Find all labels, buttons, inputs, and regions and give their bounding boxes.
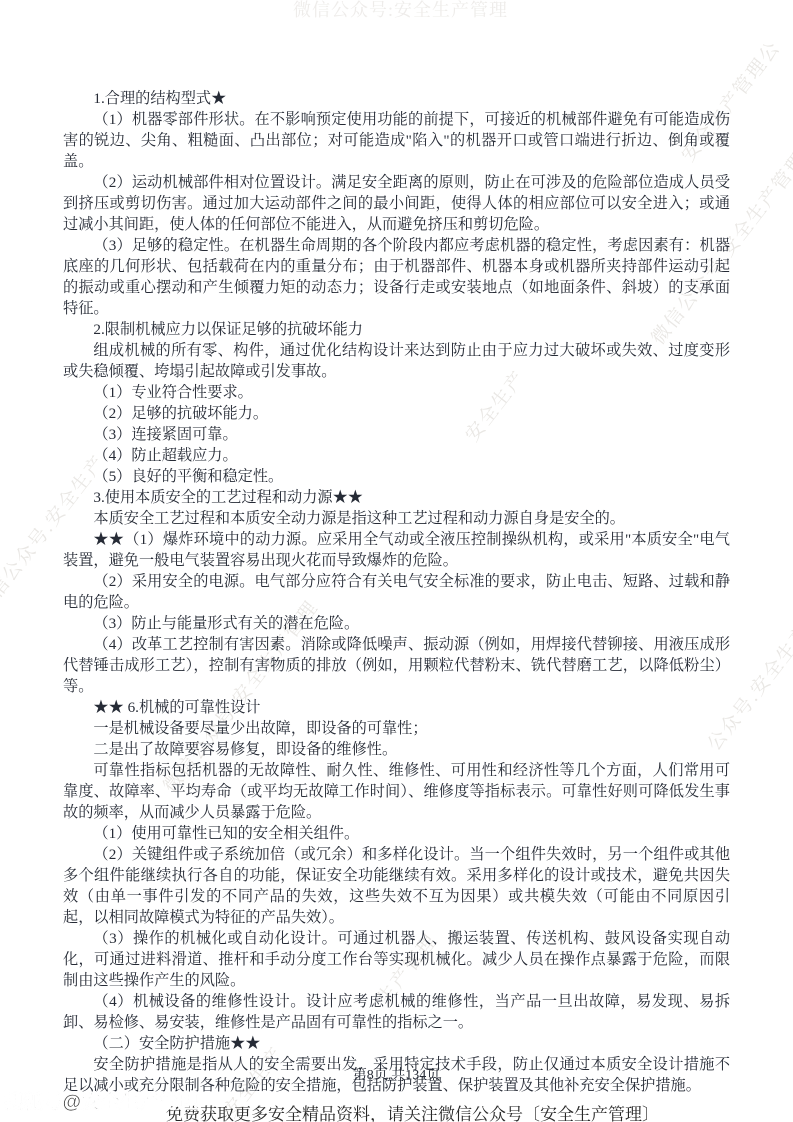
paragraph: （1）机器零部件形状。在不影响预定使用功能的前提下，可接近的机械部件避免有可能造…	[63, 109, 730, 172]
paragraph: ★★（1）爆炸环境中的动力源。应采用全气动或全液压控制操纵机构，或采用"本质安全…	[63, 529, 730, 571]
paragraph: 可靠性指标包括机器的无故障性、耐久性、维修性、可用性和经济性等几个方面，人们常用…	[63, 760, 730, 823]
paragraph: 1.合理的结构型式★	[63, 88, 730, 109]
paragraph: （1）专业符合性要求。	[63, 382, 730, 403]
paragraph: （3）操作的机械化或自动化设计。可通过机器人、搬运装置、传送机构、鼓风设备实现自…	[63, 928, 730, 991]
top-watermark: 微信公众号:安全生产管理	[293, 0, 508, 22]
paragraph: （2）关键组件或子系统加倍（或冗余）和多样化设计。当一个组件失效时，另一个组件或…	[63, 844, 730, 928]
document-page: 微信公众号:安全生产管理 微信公众号.安全生产管理 安全生产管理公 安全生产 信…	[0, 0, 793, 1122]
paragraph: （4）防止超载应力。	[63, 445, 730, 466]
page: { "colors": { "text": "#262b36", "waterm…	[0, 0, 793, 1122]
paragraph: （4）机械设备的维修性设计。设计应考虑机械的维修性，当产品一旦出故障，易发现、易…	[63, 991, 730, 1033]
paragraph: （3）足够的稳定性。在机器生命周期的各个阶段内都应考虑机器的稳定性，考虑因素有：…	[63, 235, 730, 319]
paragraph: 二是出了故障要容易修复，即设备的维修性。	[63, 739, 730, 760]
paragraph: 一是机械设备要尽量少出故障，即设备的可靠性；	[63, 718, 730, 739]
paragraph: （2）采用安全的电源。电气部分应符合有关电气安全标准的要求，防止电击、短路、过载…	[63, 571, 730, 613]
paragraph: （3）防止与能量形式有关的潜在危险。	[63, 613, 730, 634]
paragraph: （2）足够的抗破坏能力。	[63, 403, 730, 424]
paragraph: 组成机械的所有零、构件，通过优化结构设计来达到防止由于应力过大破坏或失效、过度变…	[63, 340, 730, 382]
footer-promo: 免费获取更多安全精品资料，请关注微信公众号〔安全生产管理〕	[166, 1100, 659, 1122]
paragraph: （二）安全防护措施★★	[63, 1033, 730, 1054]
paragraph: （2）运动机械部件相对位置设计。满足安全距离的原则，防止在可涉及的危险部位造成人…	[63, 172, 730, 235]
sohu-logo: 搜狐号@安全生产管理	[4, 1087, 199, 1114]
paragraph: 3.使用本质安全的工艺过程和动力源★★	[63, 487, 730, 508]
paragraph: （3）连接紧固可靠。	[63, 424, 730, 445]
page-number: 第8页,共134页	[0, 1064, 793, 1084]
paragraph: （4）改革工艺控制有害因素。消除或降低噪声、振动源（例如，用焊接代替铆接、用液压…	[63, 634, 730, 697]
paragraph: ★★ 6.机械的可靠性设计	[63, 697, 730, 718]
paragraph: 本质安全工艺过程和本质安全动力源是指这种工艺过程和动力源自身是安全的。	[63, 508, 730, 529]
paragraph: （5）良好的平衡和稳定性。	[63, 466, 730, 487]
paragraph: （1）使用可靠性已知的安全相关组件。	[63, 823, 730, 844]
paragraph: 2.限制机械应力以保证足够的抗破坏能力	[63, 319, 730, 340]
document-body: 1.合理的结构型式★（1）机器零部件形状。在不影响预定使用功能的前提下，可接近的…	[63, 88, 730, 1096]
